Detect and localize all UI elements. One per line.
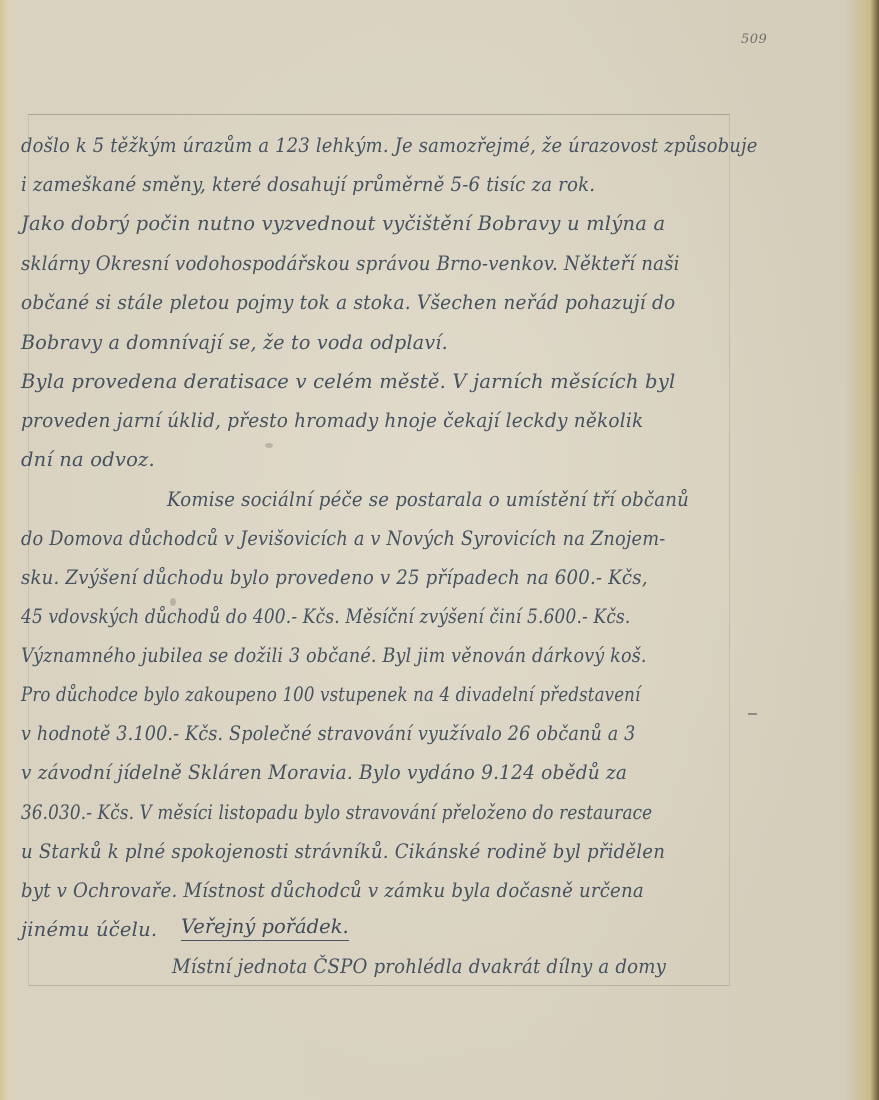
document-page: 509 došlo k 5 těžkým úrazům a 123 lehkým…: [0, 0, 879, 1100]
text-line: Komise sociální péče se postarala o umís…: [167, 488, 689, 511]
text-line: Pro důchodce bylo zakoupeno 100 vstupene…: [21, 683, 641, 706]
text-line: došlo k 5 těžkým úrazům a 123 lehkým. Je…: [21, 134, 758, 157]
text-line: 45 vdovských důchodů do 400.- Kčs. Měsíč…: [21, 605, 631, 628]
text-line: jinému účelu.: [21, 918, 157, 941]
margin-mark: [748, 713, 757, 715]
text-line: Místní jednota ČSPO prohlédla dvakrát dí…: [172, 955, 666, 978]
text-line: proveden jarní úklid, přesto hromady hno…: [21, 409, 643, 432]
ink-smudge: [265, 443, 273, 448]
handwritten-text-block: došlo k 5 těžkým úrazům a 123 lehkým. Je…: [29, 115, 729, 985]
text-line: i zameškané směny, které dosahují průměr…: [21, 173, 595, 196]
ink-smudge: [170, 598, 176, 606]
text-line: občané si stále pletou pojmy tok a stoka…: [21, 291, 675, 314]
text-line: u Starků k plné spokojenosti strávníků. …: [21, 840, 665, 863]
page-number: 509: [741, 32, 767, 47]
text-frame: došlo k 5 těžkým úrazům a 123 lehkým. Je…: [28, 114, 730, 986]
text-line: Bobravy a domnívají se, že to voda odpla…: [21, 331, 448, 354]
text-line: v hodnotě 3.100.- Kčs. Společné stravová…: [21, 722, 636, 745]
text-line: v závodní jídelně Skláren Moravia. Bylo …: [21, 761, 627, 784]
text-line: do Domova důchodců v Jevišovicích a v No…: [21, 527, 665, 550]
text-line: Byla provedena deratisace v celém městě.…: [21, 370, 675, 393]
text-line: Významného jubilea se dožili 3 občané. B…: [21, 644, 647, 667]
text-line: dní na odvoz.: [21, 448, 155, 471]
text-line: 36.030.- Kčs. V měsíci listopadu bylo st…: [21, 801, 652, 824]
text-line: Jako dobrý počin nutno vyzvednout vyčišt…: [21, 212, 665, 235]
text-line: sku. Zvýšení důchodu bylo provedeno v 25…: [21, 566, 648, 589]
text-line: sklárny Okresní vodohospodářskou správou…: [21, 252, 680, 275]
text-line: byt v Ochrovaře. Místnost důchodců v zám…: [21, 879, 644, 902]
section-heading: Veřejný pořádek.: [181, 915, 349, 941]
